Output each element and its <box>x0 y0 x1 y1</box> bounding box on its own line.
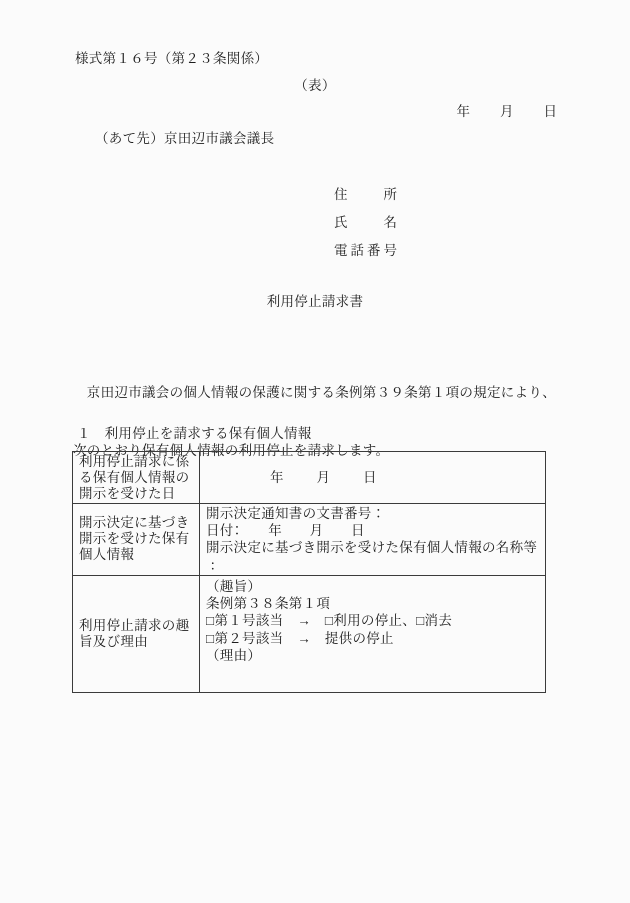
form-number-label: 様式第１６号（第２３条関係） <box>75 51 268 66</box>
purpose-heading-line: （趣旨） <box>206 578 541 595</box>
document-title: 利用停止請求書 <box>0 294 630 309</box>
info-name-colon-line: ： <box>206 557 541 574</box>
personal-info-table: 利用停止請求に係る保有個人情報の開示を受けた日 年 月 日 開示決定に基づき開示… <box>72 451 546 693</box>
reason-heading-line: （理由） <box>206 647 541 664</box>
phone-label: 電話番号 <box>334 243 400 258</box>
disclosure-date-placeholder: 年 月 日 <box>206 469 379 486</box>
front-side-label: （表） <box>0 78 630 93</box>
decision-date-line: 日付： 年 月 日 <box>206 522 541 539</box>
disclosed-info-label-cell: 開示決定に基づき開示を受けた保有個人情報 <box>73 504 200 575</box>
disclosed-info-value-cell: 開示決定通知書の文書番号： 日付： 年 月 日 開示決定に基づき開示を受けた保有… <box>200 504 545 575</box>
name-label: 氏 名 <box>334 215 400 230</box>
item2-checkbox-line: □第２号該当 → 提供の停止 <box>206 630 541 647</box>
document-page: 様式第１６号（第２３条関係） （表） 年 月 日 （あて先）京田辺市議会議長 住… <box>0 0 630 903</box>
section-1-heading: １ 利用停止を請求する保有個人情報 <box>77 426 312 441</box>
disclosure-date-label-cell: 利用停止請求に係る保有個人情報の開示を受けた日 <box>73 452 200 503</box>
info-name-line: 開示決定に基づき開示を受けた保有個人情報の名称等 <box>206 539 541 556</box>
body-line-1: 京田辺市議会の個人情報の保護に関する条例第３９条第１項の規定により、 <box>73 383 556 411</box>
ordinance-line: 条例第３８条第１項 <box>206 595 541 612</box>
item1-checkbox-line: □第１号該当 → □利用の停止、□消去 <box>206 612 541 629</box>
address-label: 住 所 <box>334 187 400 202</box>
table-row-disclosed-info: 開示決定に基づき開示を受けた保有個人情報 開示決定通知書の文書番号： 日付： 年… <box>73 503 545 575</box>
disclosure-date-value-cell: 年 月 日 <box>200 452 545 503</box>
doc-number-line: 開示決定通知書の文書番号： <box>206 505 541 522</box>
table-row-purpose-reason: 利用停止請求の趣旨及び理由 （趣旨） 条例第３８条第１項 □第１号該当 → □利… <box>73 575 545 692</box>
addressee-line: （あて先）京田辺市議会議長 <box>95 131 274 146</box>
table-row-disclosure-date: 利用停止請求に係る保有個人情報の開示を受けた日 年 月 日 <box>73 452 545 503</box>
date-placeholder-line: 年 月 日 <box>457 104 559 119</box>
purpose-reason-label-cell: 利用停止請求の趣旨及び理由 <box>73 576 200 692</box>
purpose-reason-value-cell: （趣旨） 条例第３８条第１項 □第１号該当 → □利用の停止、□消去 □第２号該… <box>200 576 545 692</box>
